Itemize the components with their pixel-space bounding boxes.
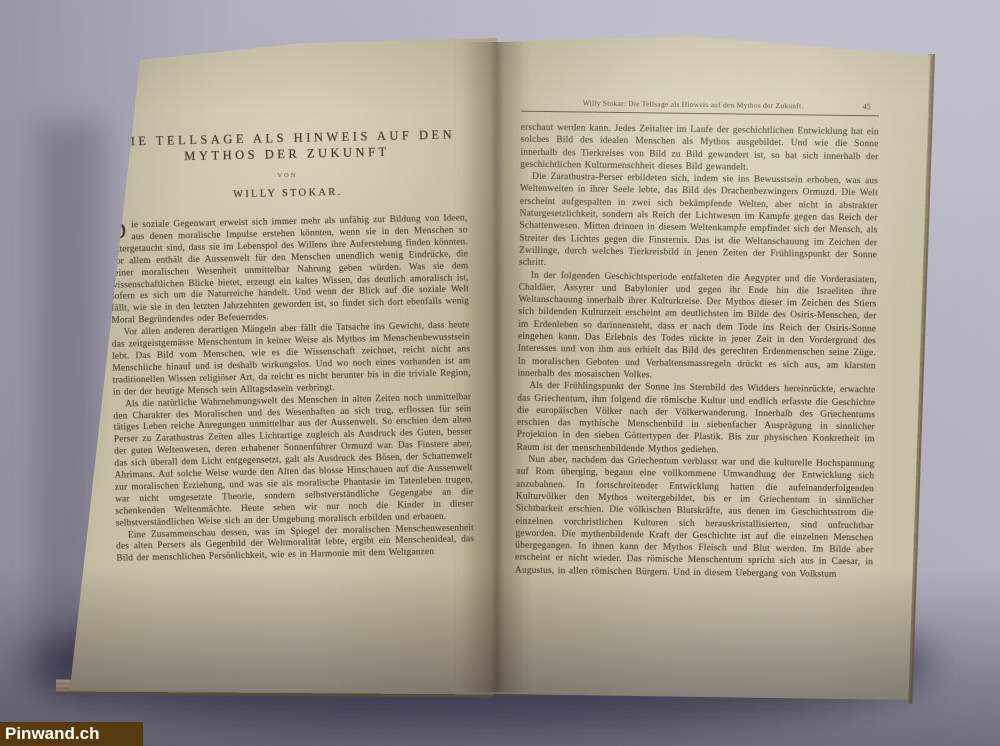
header-rule — [521, 111, 879, 117]
watermark-label: Pinwand.ch — [5, 724, 99, 743]
dropcap-letter: D — [109, 221, 126, 240]
body-paragraph: Als die natürliche Wahrnehmungswelt des … — [113, 392, 474, 530]
left-body-text: Die soziale Gegenwart erweist sich immer… — [109, 213, 474, 566]
photo-scene: DIE TELLSAGE ALS HINWEIS AUF DEN MYTHOS … — [0, 0, 1000, 746]
body-paragraph: Die soziale Gegenwart erweist sich immer… — [109, 213, 469, 328]
watermark-bar: Pinwand.ch — [0, 722, 143, 746]
page-number: 45 — [863, 102, 872, 111]
body-paragraph: Als der Frühlingspunkt der Sonne ins Ste… — [516, 380, 875, 458]
left-page: DIE TELLSAGE ALS HINWEIS AUF DEN MYTHOS … — [60, 30, 505, 698]
paragraph-text: ie soziale Gegenwart erweist sich immer … — [110, 213, 469, 326]
byline: VON — [108, 168, 466, 182]
gutter-fold-shadow — [462, 42, 532, 692]
left-page-content: DIE TELLSAGE ALS HINWEIS AUF DEN MYTHOS … — [108, 126, 475, 566]
body-paragraph: In der folgenden Geschichtsperiode entfa… — [517, 269, 876, 384]
running-header-text: Willy Stokar: Die Tellsage als Hinweis a… — [583, 98, 804, 110]
body-paragraph: erschaut werden kann. Jedes Zeitalter im… — [520, 122, 879, 176]
right-body-text: erschaut werden kann. Jedes Zeitalter im… — [515, 122, 879, 582]
running-header: Willy Stokar: Die Tellsage als Hinweis a… — [521, 98, 879, 112]
body-paragraph: Nun aber, nachdem das Griechentum verbla… — [515, 454, 875, 582]
body-paragraph: Die Zarathustra-Perser erbildeten sich, … — [519, 171, 878, 274]
body-paragraph: Vor allen anderen derartigen Mängeln abe… — [112, 320, 471, 399]
right-page-content: Willy Stokar: Die Tellsage als Hinweis a… — [515, 98, 879, 582]
body-paragraph: Eine Zusammenschau dessen, was im Spiege… — [116, 523, 475, 566]
author-name: WILLY STOKAR. — [109, 184, 467, 202]
right-page: Willy Stokar: Die Tellsage als Hinweis a… — [488, 34, 938, 704]
